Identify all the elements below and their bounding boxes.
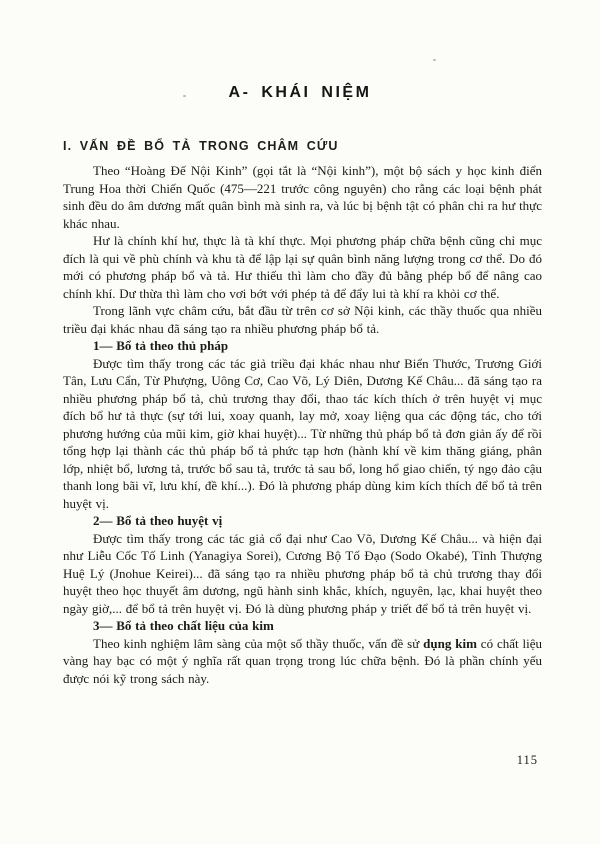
subheading-3: 3— Bổ tả theo chất liệu của kim: [63, 617, 542, 635]
paragraph-2: Hư là chính khí hư, thực là tà khí thực.…: [63, 232, 542, 302]
paragraph-3: Trong lãnh vực châm cứu, bắt đầu từ trên…: [63, 302, 542, 337]
body-text: Theo “Hoàng Đế Nội Kinh” (gọi tắt là “Nộ…: [63, 162, 542, 687]
emphasized-text: dụng kim: [423, 636, 477, 651]
page-number: 115: [517, 753, 538, 768]
subheading-1: 1— Bổ tả theo thủ pháp: [63, 337, 542, 355]
scan-speck: [433, 59, 436, 61]
section-heading: I. VẤN ĐỀ BỔ TẢ TRONG CHÂM CỨU: [63, 139, 542, 153]
subheading-2: 2— Bổ tả theo huyệt vị: [63, 512, 542, 530]
paragraph-5: Được tìm thấy trong các tác giả cổ đại n…: [63, 530, 542, 618]
paragraph-6: Theo kinh nghiệm lâm sàng của một số thầ…: [63, 635, 542, 688]
page-title: A- KHÁI NIỆM: [0, 0, 600, 102]
paragraph-1: Theo “Hoàng Đế Nội Kinh” (gọi tắt là “Nộ…: [63, 162, 542, 232]
paragraph-6-text-start: Theo kinh nghiệm lâm sàng của một số thầ…: [93, 636, 423, 651]
scanned-book-page: A- KHÁI NIỆM I. VẤN ĐỀ BỔ TẢ TRONG CHÂM …: [0, 0, 600, 844]
paragraph-4: Được tìm thấy trong các tác giả triều đạ…: [63, 355, 542, 513]
scan-speck: [183, 95, 186, 97]
